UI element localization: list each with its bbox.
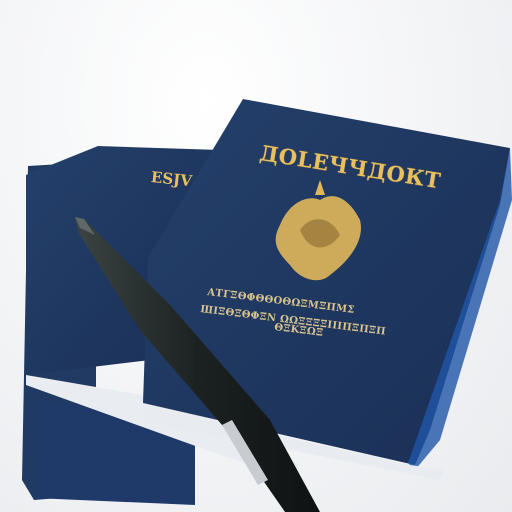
photo-scene: ДОLЕЧЧДОКТ ESJV ΑΤΓΞΘΦΘΘΟΘΩΞΜΞΠΜΣ ШΙΞΘΞΘ… bbox=[0, 0, 512, 512]
passports-illustration bbox=[0, 0, 512, 512]
